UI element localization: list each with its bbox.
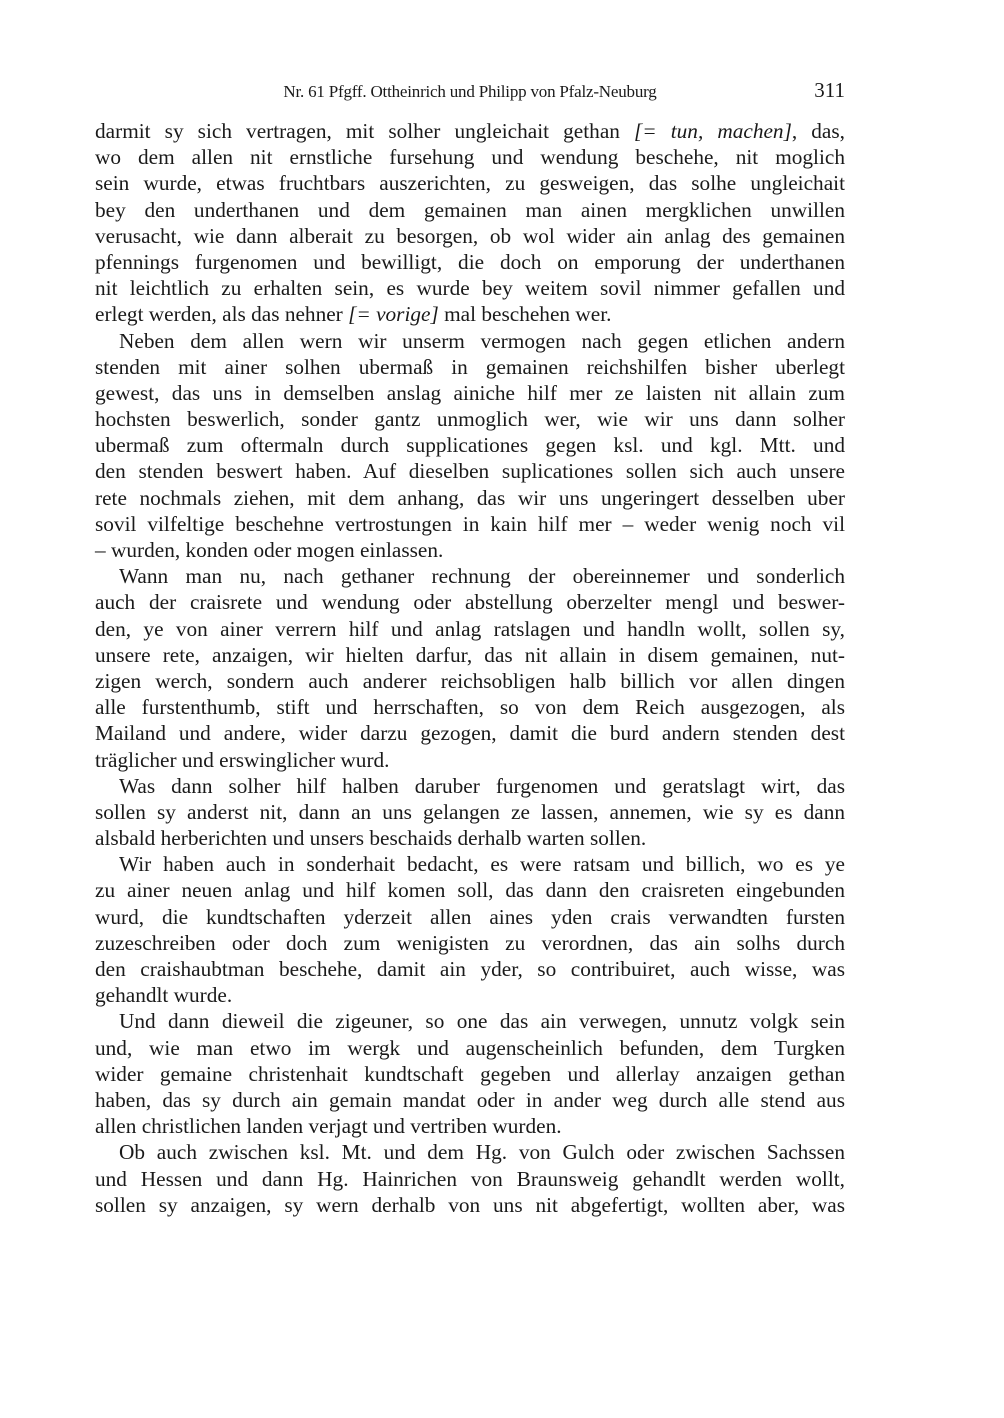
text-line: Was dann solher hilf halben daruber furg…	[95, 773, 845, 799]
text-line: wurd, die kundtschaften yderzeit allen a…	[95, 904, 845, 930]
text-line: sovil vilfeltige beschehne vertrostungen…	[95, 511, 845, 537]
text-line: nit leichtlich zu erhalten sein, es wurd…	[95, 275, 845, 301]
editorial-gloss: [= vorige]	[348, 302, 439, 326]
text-line: Wir haben auch in sonderhait bedacht, es…	[95, 851, 845, 877]
text-line: und Hessen und dann Hg. Hainrichen von B…	[95, 1166, 845, 1192]
text-line: auch der craisrete und wendung oder abst…	[95, 589, 845, 615]
running-header: Nr. 61 Pfgff. Ottheinrich und Philipp vo…	[95, 78, 845, 108]
text-line: haben, das sy durch ain gemain mandat od…	[95, 1087, 845, 1113]
text-line: zigen werch, sondern auch anderer reichs…	[95, 668, 845, 694]
running-title: Nr. 61 Pfgff. Ottheinrich und Philipp vo…	[95, 82, 845, 102]
text-line: wo dem allen nit ernstliche fursehung un…	[95, 144, 845, 170]
text-line: erlegt werden, als das nehner [= vorige]…	[95, 301, 845, 327]
document-page: Nr. 61 Pfgff. Ottheinrich und Philipp vo…	[95, 78, 845, 1218]
text-line: ubermaß zum oftermaln durch supplication…	[95, 432, 845, 458]
text-line: alsbald herberichten und unsers beschaid…	[95, 825, 845, 851]
text-line: gewest, das uns in demselben anslag aini…	[95, 380, 845, 406]
text-line: wider gemaine christenhait kundtschaft g…	[95, 1061, 845, 1087]
text-line: zu ainer neuen anlag und hilf komen soll…	[95, 877, 845, 903]
text-line: zuzeschreiben oder doch zum wenigisten z…	[95, 930, 845, 956]
text-line: den stenden beswert haben. Auf dieselben…	[95, 458, 845, 484]
page-number: 311	[814, 78, 845, 103]
text-line: und, wie man etwo im wergk und augensche…	[95, 1035, 845, 1061]
body-text: darmit sy sich vertragen, mit solher ung…	[95, 118, 845, 1218]
text-line: den craishaubtman beschehe, damit ain yd…	[95, 956, 845, 982]
text-line: sollen sy anzaigen, sy wern derhalb von …	[95, 1192, 845, 1218]
paragraph: Wir haben auch in sonderhait bedacht, es…	[95, 851, 845, 1008]
text-line: unsere rete, anzaigen, wir hielten darfu…	[95, 642, 845, 668]
text-line: sollen sy anderst nit, dann an uns gelan…	[95, 799, 845, 825]
text-line: bey den underthanen und dem gemainen man…	[95, 197, 845, 223]
text-line: träglicher und erswinglicher wurd.	[95, 747, 845, 773]
text-line: Ob auch zwischen ksl. Mt. und dem Hg. vo…	[95, 1139, 845, 1165]
text-line: hochsten beswerlich, sonder gantz unmogl…	[95, 406, 845, 432]
text-line: gehandlt wurde.	[95, 982, 845, 1008]
text-line: alle furstenthumb, stift und herrschafte…	[95, 694, 845, 720]
paragraph: Was dann solher hilf halben daruber furg…	[95, 773, 845, 852]
text-line: verusacht, wie dann alberait zu besorgen…	[95, 223, 845, 249]
text-line: Neben dem allen wern wir unserm vermogen…	[95, 328, 845, 354]
text-line: Und dann dieweil die zigeuner, so one da…	[95, 1008, 845, 1034]
text-line: rete nochmals ziehen, mit dem anhang, da…	[95, 485, 845, 511]
paragraph: Wann man nu, nach gethaner rechnung der …	[95, 563, 845, 773]
text-line: Mailand und andere, wider darzu gezogen,…	[95, 720, 845, 746]
text-line: pfennings furgenomen und bewilligt, die …	[95, 249, 845, 275]
text-line: stenden mit ainer solhen ubermaß in gema…	[95, 354, 845, 380]
paragraph: Ob auch zwischen ksl. Mt. und dem Hg. vo…	[95, 1139, 845, 1218]
text-line: – wurden, konden oder mogen einlassen.	[95, 537, 845, 563]
text-line: allen christlichen landen verjagt und ve…	[95, 1113, 845, 1139]
editorial-gloss: [= tun, machen]	[634, 119, 792, 143]
paragraph: Und dann dieweil die zigeuner, so one da…	[95, 1008, 845, 1139]
text-line: den, ye von ainer verrern hilf und anlag…	[95, 616, 845, 642]
text-line: sein wurde, etwas fruchtbars auszerichte…	[95, 170, 845, 196]
paragraph: darmit sy sich vertragen, mit solher ung…	[95, 118, 845, 328]
text-line: darmit sy sich vertragen, mit solher ung…	[95, 118, 845, 144]
text-line: Wann man nu, nach gethaner rechnung der …	[95, 563, 845, 589]
paragraph: Neben dem allen wern wir unserm vermogen…	[95, 328, 845, 564]
